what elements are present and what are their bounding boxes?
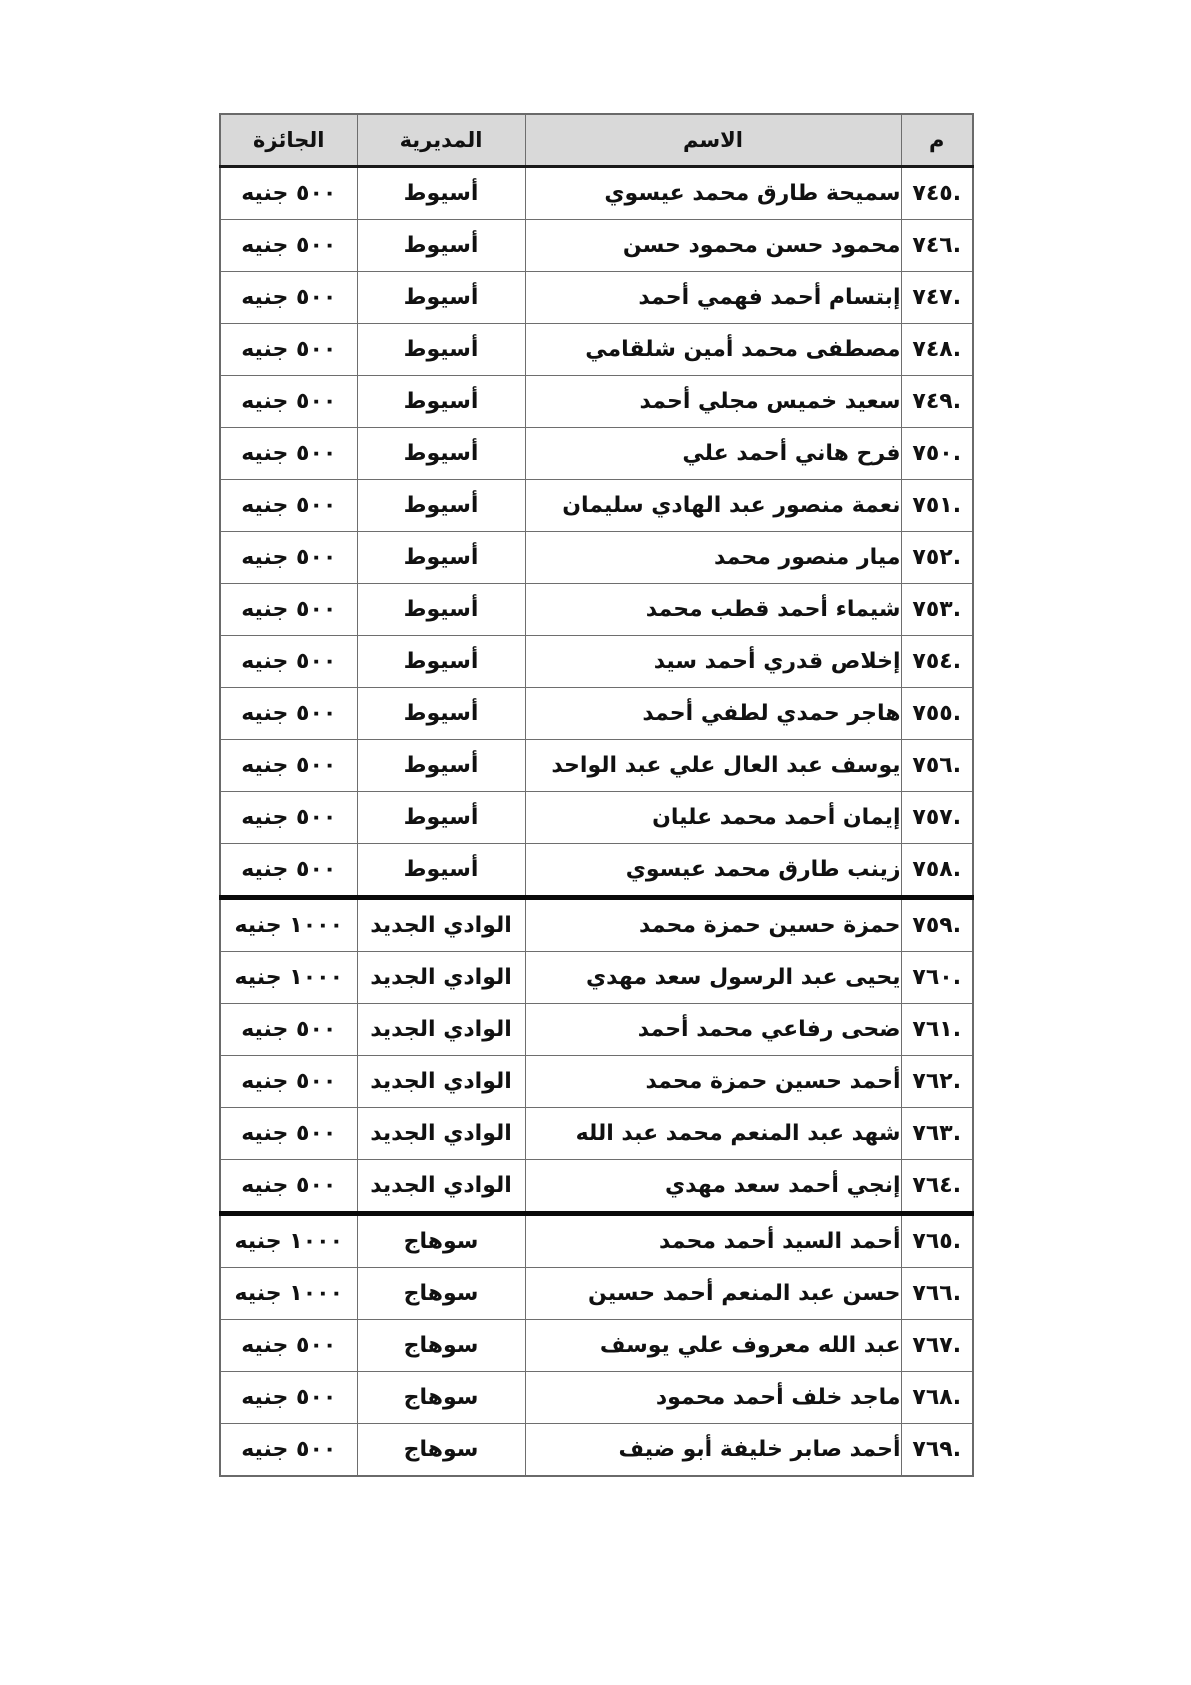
row-directorate: الوادي الجديد xyxy=(357,1004,525,1056)
row-number: .٧٥٤ xyxy=(901,636,973,688)
table-row: .٧٥٥هاجر حمدي لطفي أحمدأسيوط٥٠٠ جنيه xyxy=(220,688,973,740)
row-name: حسن عبد المنعم أحمد حسين xyxy=(525,1268,901,1320)
table-row: .٧٦٧عبد الله معروف علي يوسفسوهاج٥٠٠ جنيه xyxy=(220,1320,973,1372)
row-name: إنجي أحمد سعد مهدي xyxy=(525,1160,901,1214)
row-prize: ٥٠٠ جنيه xyxy=(220,1372,357,1424)
header-number: م xyxy=(901,114,973,167)
table-header-row: م الاسم المديرية الجائزة xyxy=(220,114,973,167)
row-name: ميار منصور محمد xyxy=(525,532,901,584)
row-prize: ٥٠٠ جنيه xyxy=(220,1320,357,1372)
table-row: .٧٦٦حسن عبد المنعم أحمد حسينسوهاج١٠٠٠ جن… xyxy=(220,1268,973,1320)
row-number: .٧٦٩ xyxy=(901,1424,973,1477)
row-prize: ٥٠٠ جنيه xyxy=(220,1160,357,1214)
table-row: .٧٥٣شيماء أحمد قطب محمدأسيوط٥٠٠ جنيه xyxy=(220,584,973,636)
row-name: إيمان أحمد محمد عليان xyxy=(525,792,901,844)
header-directorate: المديرية xyxy=(357,114,525,167)
row-directorate: الوادي الجديد xyxy=(357,898,525,952)
row-number: .٧٦٢ xyxy=(901,1056,973,1108)
row-number: .٧٤٩ xyxy=(901,376,973,428)
row-number: .٧٥٥ xyxy=(901,688,973,740)
row-directorate: أسيوط xyxy=(357,532,525,584)
row-directorate: سوهاج xyxy=(357,1214,525,1268)
row-name: سميحة طارق محمد عيسوي xyxy=(525,167,901,220)
row-directorate: أسيوط xyxy=(357,376,525,428)
row-directorate: الوادي الجديد xyxy=(357,952,525,1004)
row-directorate: أسيوط xyxy=(357,636,525,688)
row-name: مصطفى محمد أمين شلقامي xyxy=(525,324,901,376)
row-directorate: أسيوط xyxy=(357,167,525,220)
row-prize: ٥٠٠ جنيه xyxy=(220,1056,357,1108)
row-prize: ٥٠٠ جنيه xyxy=(220,1424,357,1477)
row-directorate: الوادي الجديد xyxy=(357,1108,525,1160)
row-prize: ٥٠٠ جنيه xyxy=(220,1004,357,1056)
row-name: محمود حسن محمود حسن xyxy=(525,220,901,272)
table-row: .٧٤٩سعيد خميس مجلي أحمدأسيوط٥٠٠ جنيه xyxy=(220,376,973,428)
row-prize: ٥٠٠ جنيه xyxy=(220,584,357,636)
row-number: .٧٦٣ xyxy=(901,1108,973,1160)
row-name: شيماء أحمد قطب محمد xyxy=(525,584,901,636)
table-row: .٧٤٦محمود حسن محمود حسنأسيوط٥٠٠ جنيه xyxy=(220,220,973,272)
table-row: .٧٤٨مصطفى محمد أمين شلقاميأسيوط٥٠٠ جنيه xyxy=(220,324,973,376)
row-prize: ٥٠٠ جنيه xyxy=(220,844,357,898)
awards-table: م الاسم المديرية الجائزة .٧٤٥سميحة طارق … xyxy=(219,113,974,1477)
row-number: .٧٤٦ xyxy=(901,220,973,272)
row-number: .٧٥٧ xyxy=(901,792,973,844)
row-name: ضحى رفاعي محمد أحمد xyxy=(525,1004,901,1056)
row-prize: ٥٠٠ جنيه xyxy=(220,272,357,324)
row-name: شهد عبد المنعم محمد عبد الله xyxy=(525,1108,901,1160)
document-page: م الاسم المديرية الجائزة .٧٤٥سميحة طارق … xyxy=(0,0,1191,1685)
table-row: .٧٤٥سميحة طارق محمد عيسويأسيوط٥٠٠ جنيه xyxy=(220,167,973,220)
row-number: .٧٦٦ xyxy=(901,1268,973,1320)
row-directorate: أسيوط xyxy=(357,792,525,844)
row-name: هاجر حمدي لطفي أحمد xyxy=(525,688,901,740)
row-prize: ٥٠٠ جنيه xyxy=(220,1108,357,1160)
table-row: .٧٦٩أحمد صابر خليفة أبو ضيفسوهاج٥٠٠ جنيه xyxy=(220,1424,973,1477)
row-prize: ٥٠٠ جنيه xyxy=(220,376,357,428)
row-number: .٧٤٧ xyxy=(901,272,973,324)
row-name: سعيد خميس مجلي أحمد xyxy=(525,376,901,428)
row-name: يوسف عبد العال علي عبد الواحد xyxy=(525,740,901,792)
row-directorate: الوادي الجديد xyxy=(357,1160,525,1214)
row-number: .٧٥١ xyxy=(901,480,973,532)
row-name: نعمة منصور عبد الهادي سليمان xyxy=(525,480,901,532)
row-prize: ٥٠٠ جنيه xyxy=(220,220,357,272)
row-number: .٧٦١ xyxy=(901,1004,973,1056)
row-directorate: أسيوط xyxy=(357,584,525,636)
row-name: أحمد السيد أحمد محمد xyxy=(525,1214,901,1268)
row-number: .٧٥٢ xyxy=(901,532,973,584)
row-name: حمزة حسين حمزة محمد xyxy=(525,898,901,952)
row-prize: ٥٠٠ جنيه xyxy=(220,532,357,584)
table-row: .٧٦٣شهد عبد المنعم محمد عبد اللهالوادي ا… xyxy=(220,1108,973,1160)
row-prize: ٥٠٠ جنيه xyxy=(220,428,357,480)
table-row: .٧٦٤إنجي أحمد سعد مهديالوادي الجديد٥٠٠ ج… xyxy=(220,1160,973,1214)
table-row: .٧٥٨زينب طارق محمد عيسويأسيوط٥٠٠ جنيه xyxy=(220,844,973,898)
row-prize: ٥٠٠ جنيه xyxy=(220,740,357,792)
row-name: عبد الله معروف علي يوسف xyxy=(525,1320,901,1372)
row-directorate: سوهاج xyxy=(357,1424,525,1477)
header-name: الاسم xyxy=(525,114,901,167)
row-name: يحيى عبد الرسول سعد مهدي xyxy=(525,952,901,1004)
table-row: .٧٥٦يوسف عبد العال علي عبد الواحدأسيوط٥٠… xyxy=(220,740,973,792)
row-prize: ١٠٠٠ جنيه xyxy=(220,898,357,952)
row-directorate: أسيوط xyxy=(357,688,525,740)
table-row: .٧٥٤إخلاص قدري أحمد سيدأسيوط٥٠٠ جنيه xyxy=(220,636,973,688)
row-directorate: أسيوط xyxy=(357,428,525,480)
row-prize: ٥٠٠ جنيه xyxy=(220,636,357,688)
row-prize: ١٠٠٠ جنيه xyxy=(220,1214,357,1268)
row-prize: ٥٠٠ جنيه xyxy=(220,167,357,220)
row-prize: ١٠٠٠ جنيه xyxy=(220,1268,357,1320)
table-row: .٧٦٨ماجد خلف أحمد محمودسوهاج٥٠٠ جنيه xyxy=(220,1372,973,1424)
row-directorate: أسيوط xyxy=(357,480,525,532)
table-row: .٧٥٠فرح هاني أحمد عليأسيوط٥٠٠ جنيه xyxy=(220,428,973,480)
table-row: .٧٦٥أحمد السيد أحمد محمدسوهاج١٠٠٠ جنيه xyxy=(220,1214,973,1268)
table-row: .٧٥٧إيمان أحمد محمد عليانأسيوط٥٠٠ جنيه xyxy=(220,792,973,844)
row-directorate: الوادي الجديد xyxy=(357,1056,525,1108)
row-directorate: سوهاج xyxy=(357,1372,525,1424)
row-number: .٧٦٤ xyxy=(901,1160,973,1214)
row-prize: ٥٠٠ جنيه xyxy=(220,324,357,376)
table-row: .٧٥٩حمزة حسين حمزة محمدالوادي الجديد١٠٠٠… xyxy=(220,898,973,952)
table-row: .٧٤٧إبتسام أحمد فهمي أحمدأسيوط٥٠٠ جنيه xyxy=(220,272,973,324)
row-number: .٧٦٠ xyxy=(901,952,973,1004)
row-prize: ٥٠٠ جنيه xyxy=(220,480,357,532)
row-number: .٧٦٧ xyxy=(901,1320,973,1372)
row-name: إخلاص قدري أحمد سيد xyxy=(525,636,901,688)
table-row: .٧٥٢ميار منصور محمدأسيوط٥٠٠ جنيه xyxy=(220,532,973,584)
table-row: .٧٦١ضحى رفاعي محمد أحمدالوادي الجديد٥٠٠ … xyxy=(220,1004,973,1056)
table-row: .٧٦٢أحمد حسين حمزة محمدالوادي الجديد٥٠٠ … xyxy=(220,1056,973,1108)
row-directorate: أسيوط xyxy=(357,844,525,898)
row-number: .٧٦٨ xyxy=(901,1372,973,1424)
row-name: فرح هاني أحمد علي xyxy=(525,428,901,480)
row-number: .٧٥٣ xyxy=(901,584,973,636)
row-directorate: أسيوط xyxy=(357,272,525,324)
row-number: .٧٥٦ xyxy=(901,740,973,792)
row-number: .٧٥٩ xyxy=(901,898,973,952)
table-row: .٧٥١نعمة منصور عبد الهادي سليمانأسيوط٥٠٠… xyxy=(220,480,973,532)
row-directorate: أسيوط xyxy=(357,220,525,272)
row-name: ماجد خلف أحمد محمود xyxy=(525,1372,901,1424)
row-directorate: أسيوط xyxy=(357,324,525,376)
row-prize: ١٠٠٠ جنيه xyxy=(220,952,357,1004)
row-number: .٧٥٠ xyxy=(901,428,973,480)
row-name: أحمد حسين حمزة محمد xyxy=(525,1056,901,1108)
header-prize: الجائزة xyxy=(220,114,357,167)
row-number: .٧٥٨ xyxy=(901,844,973,898)
row-number: .٧٤٨ xyxy=(901,324,973,376)
row-number: .٧٦٥ xyxy=(901,1214,973,1268)
table-row: .٧٦٠يحيى عبد الرسول سعد مهديالوادي الجدي… xyxy=(220,952,973,1004)
row-name: أحمد صابر خليفة أبو ضيف xyxy=(525,1424,901,1477)
row-name: إبتسام أحمد فهمي أحمد xyxy=(525,272,901,324)
row-name: زينب طارق محمد عيسوي xyxy=(525,844,901,898)
row-directorate: سوهاج xyxy=(357,1320,525,1372)
row-directorate: أسيوط xyxy=(357,740,525,792)
row-number: .٧٤٥ xyxy=(901,167,973,220)
row-prize: ٥٠٠ جنيه xyxy=(220,688,357,740)
row-directorate: سوهاج xyxy=(357,1268,525,1320)
row-prize: ٥٠٠ جنيه xyxy=(220,792,357,844)
